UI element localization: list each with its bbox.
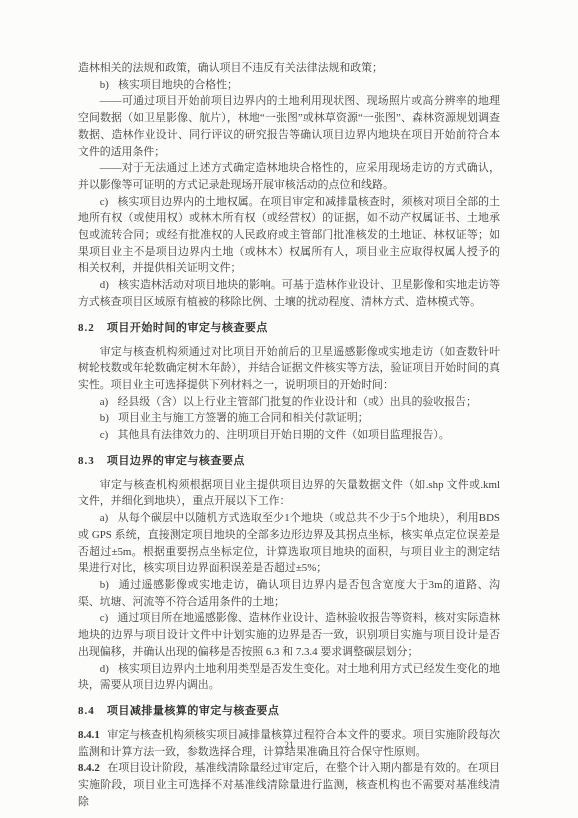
list-item-text: 核实项目边界内的土地权属。在项目审定和减排量核查时，须核对项目全部的土地所有权（… [78, 196, 500, 275]
clause-number: 8.4.1 [78, 729, 100, 741]
body-paragraph: 审定与核查机构须根据项目业主提供项目边界的矢量数据文件（如.shp 文件或.km… [78, 477, 500, 510]
paragraph-continued: 造林相关的法规和政策，确认项目不违反有关法律法规和政策； [78, 60, 500, 77]
list-item: b)项目业主与施工方签署的施工合同和相关付款证明； [78, 410, 500, 427]
section-title: 项目减排量核算的审定与核查要点 [107, 705, 280, 717]
list-item-text: 其他具有法律效力的、注明项目开始日期的文件（如项目监理报告）。 [118, 429, 450, 441]
list-marker: d) [100, 279, 109, 291]
document-page: 造林相关的法规和政策，确认项目不违反有关法律法规和政策； b)核实项目地块的合格… [0, 0, 578, 818]
clause-number: 8.4.2 [78, 762, 100, 774]
section-title: 项目边界的审定与核查要点 [107, 455, 245, 467]
clause-text: 在项目设计阶段，基准线清除量经过审定后，在整个计入期内都是有效的。在项目实施阶段… [78, 762, 500, 807]
list-item: c)通过项目所在地遥感影像、造林作业设计、造林验收报告等资料，核对实际造林地块的… [78, 610, 500, 660]
list-marker: b) [100, 412, 109, 424]
list-item-text: 从每个碳层中以随机方式选取至少1个地块（或总共不少于5个地块），利用BDS或 G… [78, 512, 500, 574]
section-heading-8-2: 8.2项目开始时间的审定与核查要点 [78, 320, 500, 336]
section-number: 8.3 [78, 455, 95, 467]
list-marker: c) [100, 612, 108, 624]
list-item-text: 通过遥感影像或实地走访，确认项目边界内是否包含宽度大于3m的道路、沟渠、坑塘、河… [78, 579, 500, 608]
list-item-text: 项目业主与施工方签署的施工合同和相关付款证明； [118, 412, 369, 424]
list-item: a)从每个碳层中以随机方式选取至少1个地块（或总共不少于5个地块），利用BDS或… [78, 510, 500, 577]
dash-paragraph: ——可通过项目开始前项目边界内的土地利用现状图、现场照片或高分辨率的地理空间数据… [78, 93, 500, 160]
page-number: 21 [0, 741, 578, 751]
section-number: 8.4 [78, 705, 95, 717]
list-marker: a) [100, 396, 108, 408]
list-item-text: 通过项目所在地遥感影像、造林作业设计、造林验收报告等资料，核对实际造林地块的边界… [78, 612, 500, 657]
list-item: c)其他具有法律效力的、注明项目开始日期的文件（如项目监理报告）。 [78, 427, 500, 444]
list-item-text: 核实造林活动对项目地块的影响。可基于造林作业设计、卫星影像和实地走访等方式核查项… [78, 279, 500, 308]
list-item: b)核实项目地块的合格性； [78, 77, 500, 94]
list-marker: a) [100, 512, 108, 524]
section-heading-8-3: 8.3项目边界的审定与核查要点 [78, 453, 500, 469]
list-item: c)核实项目边界内的土地权属。在项目审定和减排量核查时，须核对项目全部的土地所有… [78, 194, 500, 278]
section-heading-8-4: 8.4项目减排量核算的审定与核查要点 [78, 703, 500, 719]
list-item-text: 核实项目地块的合格性； [118, 79, 238, 91]
list-item: b)通过遥感影像或实地走访，确认项目边界内是否包含宽度大于3m的道路、沟渠、坑塘… [78, 577, 500, 610]
clause-paragraph: 8.4.2在项目设计阶段，基准线清除量经过审定后，在整个计入期内都是有效的。在项… [78, 760, 500, 810]
list-item-text: 经县级（含）以上行业主管部门批复的作业设计和（或）出具的验收报告； [118, 396, 477, 408]
dash-paragraph: ——对于无法通过上述方式确定造林地块合格性的，应采用现场走访的方式确认，并以影像… [78, 160, 500, 193]
list-marker: c) [100, 429, 108, 441]
list-marker: b) [100, 79, 109, 91]
document-content: 造林相关的法规和政策，确认项目不违反有关法律法规和政策； b)核实项目地块的合格… [78, 60, 500, 810]
list-marker: b) [100, 579, 109, 591]
list-item: d)核实造林活动对项目地块的影响。可基于造林作业设计、卫星影像和实地走访等方式核… [78, 277, 500, 310]
body-paragraph: 审定与核查机构须通过对比项目开始前后的卫星遥感影像或实地走访（如查数针叶树轮枝数… [78, 344, 500, 394]
section-title: 项目开始时间的审定与核查要点 [107, 322, 268, 334]
list-item-text: 核实项目边界内土地利用类型是否发生变化。对土地利用方式已经发生变化的地块，需要从… [78, 663, 500, 692]
section-number: 8.2 [78, 322, 95, 334]
list-marker: c) [100, 196, 108, 208]
list-marker: d) [100, 663, 109, 675]
list-item: a)经县级（含）以上行业主管部门批复的作业设计和（或）出具的验收报告； [78, 394, 500, 411]
list-item: d)核实项目边界内土地利用类型是否发生变化。对土地利用方式已经发生变化的地块，需… [78, 661, 500, 694]
